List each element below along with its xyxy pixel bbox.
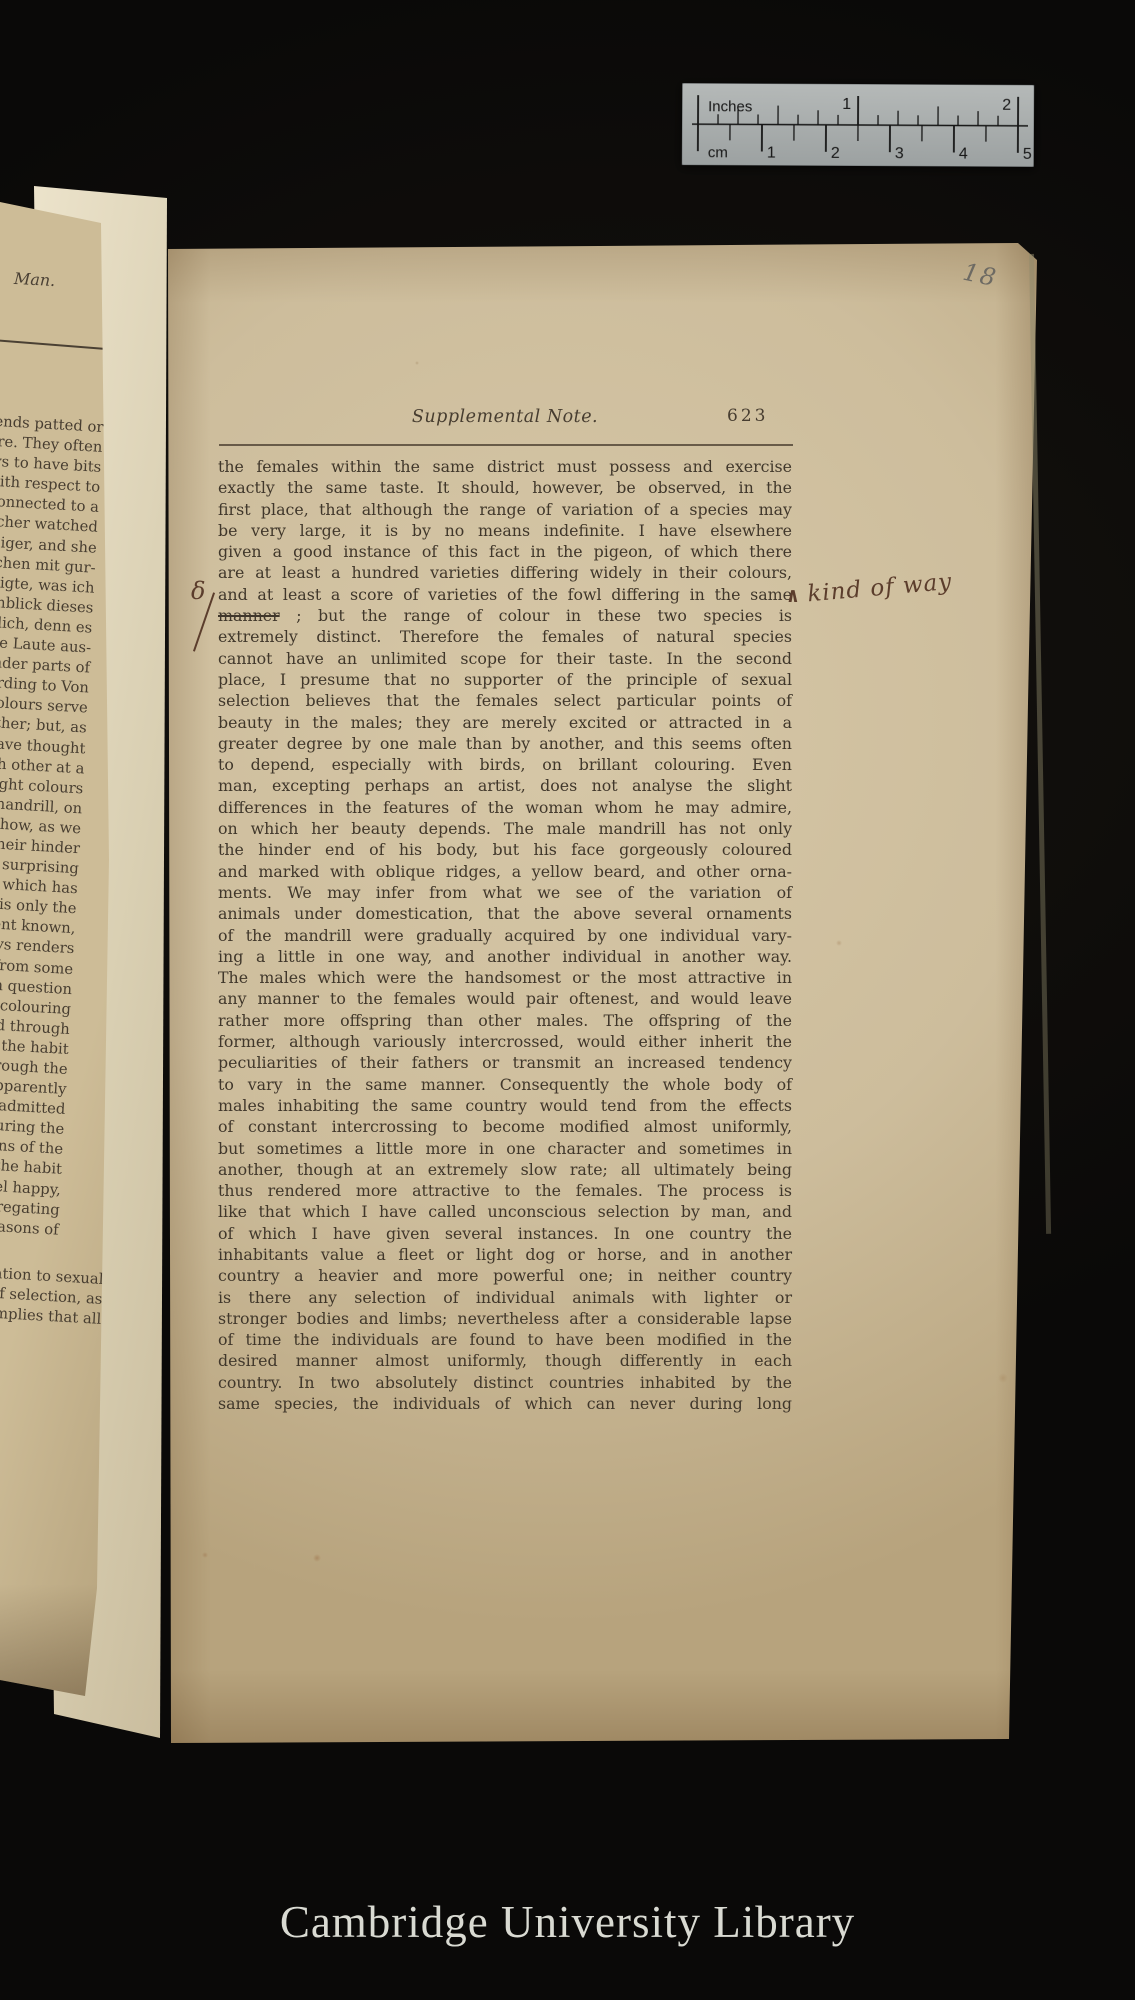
- ruler-scale-graphic: 1212345 Inches cm: [682, 83, 1034, 167]
- text-line: man, excepting perhaps an artist, does n…: [218, 775, 792, 796]
- struck-word: manner: [218, 606, 280, 625]
- text-line: peculiarities of their fathers or transm…: [218, 1052, 792, 1073]
- page-fore-edge: [1029, 254, 1051, 1234]
- ruler-number: 3: [895, 145, 904, 162]
- text-line: stronger bodies and limbs; nevertheless …: [218, 1308, 792, 1329]
- text-line: same species, the individuals of which c…: [218, 1393, 792, 1414]
- left-page-header-rule: [0, 339, 118, 351]
- text-line: differences in the features of the woman…: [218, 797, 792, 818]
- text-line: greater degree by one male than by anoth…: [218, 733, 792, 754]
- text-line: ing a little in one way, and another ind…: [218, 946, 792, 967]
- text-line: and at least a score of varieties of the…: [218, 584, 792, 605]
- text-line: selection believes that the females sele…: [218, 690, 792, 711]
- ruler-inches-label: Inches: [708, 98, 752, 115]
- text-line: of which I have given several instances.…: [218, 1223, 792, 1244]
- text-line: given a good instance of this fact in th…: [218, 541, 792, 562]
- ruler-number: 1: [767, 145, 776, 162]
- left-page-running-head: Man.: [14, 269, 56, 290]
- text-line: country a heavier and more powerful one;…: [218, 1265, 792, 1286]
- handwritten-margin-note: kind of way: [806, 561, 1047, 608]
- text-line: of the mandrill were gradually acquired …: [218, 925, 792, 946]
- page-header-title: Supplemental Note.: [218, 407, 792, 427]
- header-rule: [219, 444, 793, 446]
- main-page: 18 Supplemental Note. 623 the females wi…: [167, 243, 1039, 1745]
- text-line: of time the individuals are found to hav…: [218, 1329, 792, 1350]
- ruler-number: 4: [959, 146, 968, 163]
- text-line: another, though at an extremely slow rat…: [218, 1159, 792, 1180]
- text-line: males inhabiting the same country would …: [218, 1095, 792, 1116]
- text-line: like that which I have called unconsciou…: [218, 1201, 792, 1222]
- text-line: of constant intercrossing to become modi…: [218, 1116, 792, 1137]
- text-line: The males which were the handsomest or t…: [218, 967, 792, 988]
- text-line: and marked with oblique ridges, a yellow…: [218, 861, 792, 882]
- text-line: country. In two absolutely distinct coun…: [218, 1372, 792, 1393]
- text-line: cannot have an unlimited scope for their…: [218, 648, 792, 669]
- ruler-number: 2: [831, 145, 840, 162]
- text-line: exactly the same taste. It should, howev…: [218, 477, 792, 498]
- text-line: rather more offspring than other males. …: [218, 1010, 792, 1031]
- text-line: place, I presume that no supporter of th…: [218, 669, 792, 690]
- text-line: inhabitants value a fleet or light dog o…: [218, 1244, 792, 1265]
- text-line: desired manner almost uniformly, though …: [218, 1350, 792, 1371]
- ruler-number: 2: [1002, 97, 1011, 114]
- photo-stage: Man. naked hinder ends patted orwith ple…: [0, 0, 1135, 2000]
- text-line: former, although variously intercrossed,…: [218, 1031, 792, 1052]
- left-page-footnote-block: point in relation to sexualat this form …: [0, 1255, 104, 1330]
- measurement-ruler: 1212345 Inches cm: [682, 83, 1034, 167]
- library-caption: Cambridge University Library: [0, 1896, 1135, 1948]
- text-line: be very large, it is by no means indefin…: [218, 520, 792, 541]
- ruler-number: 5: [1023, 146, 1032, 163]
- ruler-cm-label: cm: [708, 144, 728, 161]
- text-line: to depend, especially with birds, on bri…: [218, 754, 792, 775]
- text-line: first place, that although the range of …: [218, 499, 792, 520]
- page-number: 623: [727, 406, 768, 426]
- proofreader-delete-mark: δ: [191, 577, 205, 605]
- pencil-folio-number: 18: [960, 258, 1000, 293]
- body-text-block: the females within the same district mus…: [218, 456, 792, 1414]
- left-page-text-block: naked hinder ends patted orwith pleasure…: [0, 403, 104, 1240]
- text-line: animals under domestication, that the ab…: [218, 903, 792, 924]
- text-line: are at least a hundred varieties differi…: [218, 562, 792, 583]
- text-line: any manner to the females would pair oft…: [218, 988, 792, 1009]
- text-line: thus rendered more attractive to the fem…: [218, 1180, 792, 1201]
- insertion-caret-mark: ∧: [786, 584, 800, 608]
- text-line: is there any selection of individual ani…: [218, 1287, 792, 1308]
- text-line: the hinder end of his body, but his face…: [218, 839, 792, 860]
- text-line: beauty in the males; they are merely exc…: [218, 712, 792, 733]
- text-line: manner ; but the range of colour in thes…: [218, 605, 792, 626]
- text-line: the females within the same district mus…: [218, 456, 792, 477]
- text-line: to vary in the same manner. Consequently…: [218, 1074, 792, 1095]
- ruler-number: 1: [842, 96, 851, 113]
- text-line: ments. We may infer from what we see of …: [218, 882, 792, 903]
- text-line: on which her beauty depends. The male ma…: [218, 818, 792, 839]
- text-line: but sometimes a little more in one chara…: [218, 1138, 792, 1159]
- text-line: extremely distinct. Therefore the female…: [218, 626, 792, 647]
